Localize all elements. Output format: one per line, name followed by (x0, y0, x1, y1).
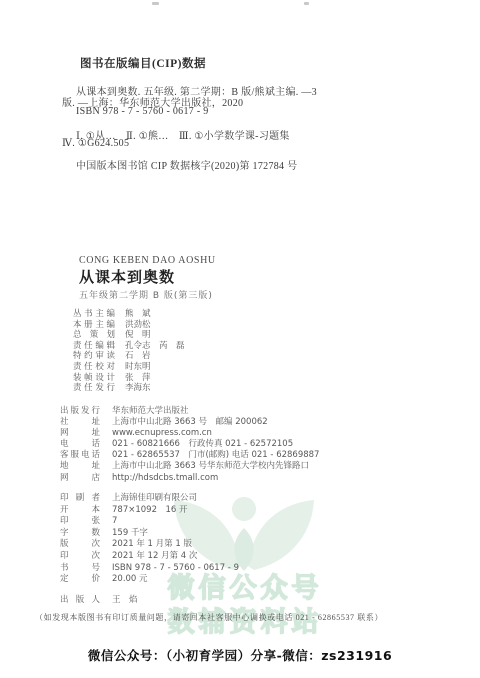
printing-value: 7 (112, 516, 117, 528)
credit-row: 特约审读石 岩 (73, 351, 185, 362)
cip-isbn-line: ISBN 978 - 7 - 5760 - 0617 - 9 (76, 106, 209, 117)
printing-value: ISBN 978 - 7 - 5760 - 0617 - 9 (112, 563, 239, 575)
publisher-label: 社址 (60, 417, 100, 428)
publisher-info-list: 出版发行华东师范大学出版社 社址上海市中山北路 3663 号 邮编 200062… (60, 406, 319, 484)
printing-value: 2021 年 12 月第 4 次 (112, 551, 197, 563)
publisher-label: 电话 (60, 439, 100, 450)
book-title: 从课本到奥数 (79, 266, 175, 287)
publisher-label: 网址 (60, 428, 100, 439)
credit-row: 责任发行李海东 (73, 383, 185, 394)
scan-artifact (304, 2, 309, 5)
publisher-value: 021 - 60821666 行政传真 021 - 62572105 (112, 439, 293, 450)
publisher-person-value: 王 焰 (112, 595, 138, 606)
printing-label: 印刷者 (60, 493, 100, 505)
credit-row: 总策划倪 明 (73, 330, 185, 341)
credits-list: 丛书主编熊 斌 本册主编洪劲松 总策划倪 明 责任编辑孔令志 芮 磊 特约审读石… (73, 309, 185, 394)
book-subtitle: 五年级第二学期 B 版(第三版) (79, 288, 213, 301)
credit-label: 责任编辑 (73, 341, 115, 352)
printing-row: 印张7 (60, 516, 239, 528)
publisher-value: www.ecnupress.com.cn (112, 428, 212, 439)
printing-label: 书号 (60, 563, 100, 575)
credit-label: 责任校对 (73, 362, 115, 373)
publisher-value: 上海市中山北路 3663 号华东师范大学校内先锋路口 (112, 461, 309, 472)
credit-label: 装帧设计 (73, 373, 115, 384)
printing-value: 787×1092 16 开 (112, 505, 188, 517)
credit-value: 洪劲松 (125, 320, 151, 331)
publisher-label: 网店 (60, 473, 100, 484)
scan-artifact (152, 2, 159, 5)
credit-value: 张 萍 (125, 373, 151, 384)
credit-row: 本册主编洪劲松 (73, 320, 185, 331)
credit-row: 装帧设计张 萍 (73, 373, 185, 384)
printing-row: 开本787×1092 16 开 (60, 505, 239, 517)
publisher-person-row: 出版人王 焰 (60, 595, 138, 606)
publisher-label: 出版发行 (60, 406, 100, 417)
printing-row: 字数159 千字 (60, 528, 239, 540)
cip-heading: 图书在版编目(CIP)数据 (80, 55, 206, 71)
publisher-value: http://hdsdcbs.tmall.com (112, 473, 218, 484)
publisher-value: 上海市中山北路 3663 号 邮编 200062 (112, 417, 268, 428)
credit-label: 总策划 (73, 330, 115, 341)
printing-value: 159 千字 (112, 528, 148, 540)
printing-label: 印次 (60, 551, 100, 563)
credit-row: 责任校对时东明 (73, 362, 185, 373)
printing-value: 2021 年 1 月第 1 版 (112, 539, 192, 551)
printing-row: 书号ISBN 978 - 7 - 5760 - 0617 - 9 (60, 563, 239, 575)
publisher-row: 网址www.ecnupress.com.cn (60, 428, 319, 439)
printing-label: 印张 (60, 516, 100, 528)
credit-label: 丛书主编 (73, 309, 115, 320)
credit-value: 石 岩 (125, 351, 151, 362)
credit-value: 熊 斌 (125, 309, 151, 320)
cip-registry-line: 中国版本图书馆 CIP 数据核字(2020)第 172784 号 (76, 157, 297, 172)
publisher-row: 网店http://hdsdcbs.tmall.com (60, 473, 319, 484)
credit-label: 本册主编 (73, 320, 115, 331)
credit-row: 丛书主编熊 斌 (73, 309, 185, 320)
publisher-row: 电话021 - 60821666 行政传真 021 - 62572105 (60, 439, 319, 450)
wechat-footer: 微信公众号：（小初育学园）分享-微信：zs231916 (0, 646, 480, 664)
printing-row: 印刷者上海锦佳印刷有限公司 (60, 493, 239, 505)
publisher-row: 地址上海市中山北路 3663 号华东师范大学校内先锋路口 (60, 461, 319, 472)
printing-row: 定价20.00 元 (60, 574, 239, 586)
copyright-page: 微信公众号 数辅资料站 图书在版编目(CIP)数据 从课本到奥数. 五年级. 第… (0, 0, 480, 678)
printing-row: 版次2021 年 1 月第 1 版 (60, 539, 239, 551)
cip-class-line2: Ⅳ. ①G624.505 (62, 138, 129, 149)
publisher-value: 021 - 62865537 门市(邮购) 电话 021 - 62869887 (112, 450, 319, 461)
publisher-person-label: 出版人 (60, 595, 100, 606)
printing-label: 版次 (60, 539, 100, 551)
publisher-label: 客服电话 (60, 450, 100, 461)
printing-value: 20.00 元 (112, 574, 148, 586)
printing-label: 定价 (60, 574, 100, 586)
publisher-label: 地址 (60, 461, 100, 472)
printing-value: 上海锦佳印刷有限公司 (112, 493, 197, 505)
credit-value: 倪 明 (125, 330, 151, 341)
credit-value: 时东明 (125, 362, 151, 373)
credit-label: 特约审读 (73, 351, 115, 362)
quality-disclaimer: （如发现本版图书有印订质量问题，请寄回本社客服中心调换或电话 021 - 628… (35, 612, 383, 623)
printing-info-list: 印刷者上海锦佳印刷有限公司 开本787×1092 16 开 印张7 字数159 … (60, 493, 239, 586)
credit-value: 孔令志 芮 磊 (125, 341, 185, 352)
publisher-row: 客服电话021 - 62865537 门市(邮购) 电话 021 - 62869… (60, 450, 319, 461)
credit-row: 责任编辑孔令志 芮 磊 (73, 341, 185, 352)
credit-label: 责任发行 (73, 383, 115, 394)
publisher-row: 出版发行华东师范大学出版社 (60, 406, 319, 417)
printing-label: 开本 (60, 505, 100, 517)
publisher-value: 华东师范大学出版社 (112, 406, 189, 417)
printing-row: 印次2021 年 12 月第 4 次 (60, 551, 239, 563)
book-title-pinyin: CONG KEBEN DAO AOSHU (79, 255, 216, 266)
publisher-row: 社址上海市中山北路 3663 号 邮编 200062 (60, 417, 319, 428)
printing-label: 字数 (60, 528, 100, 540)
credit-value: 李海东 (125, 383, 151, 394)
